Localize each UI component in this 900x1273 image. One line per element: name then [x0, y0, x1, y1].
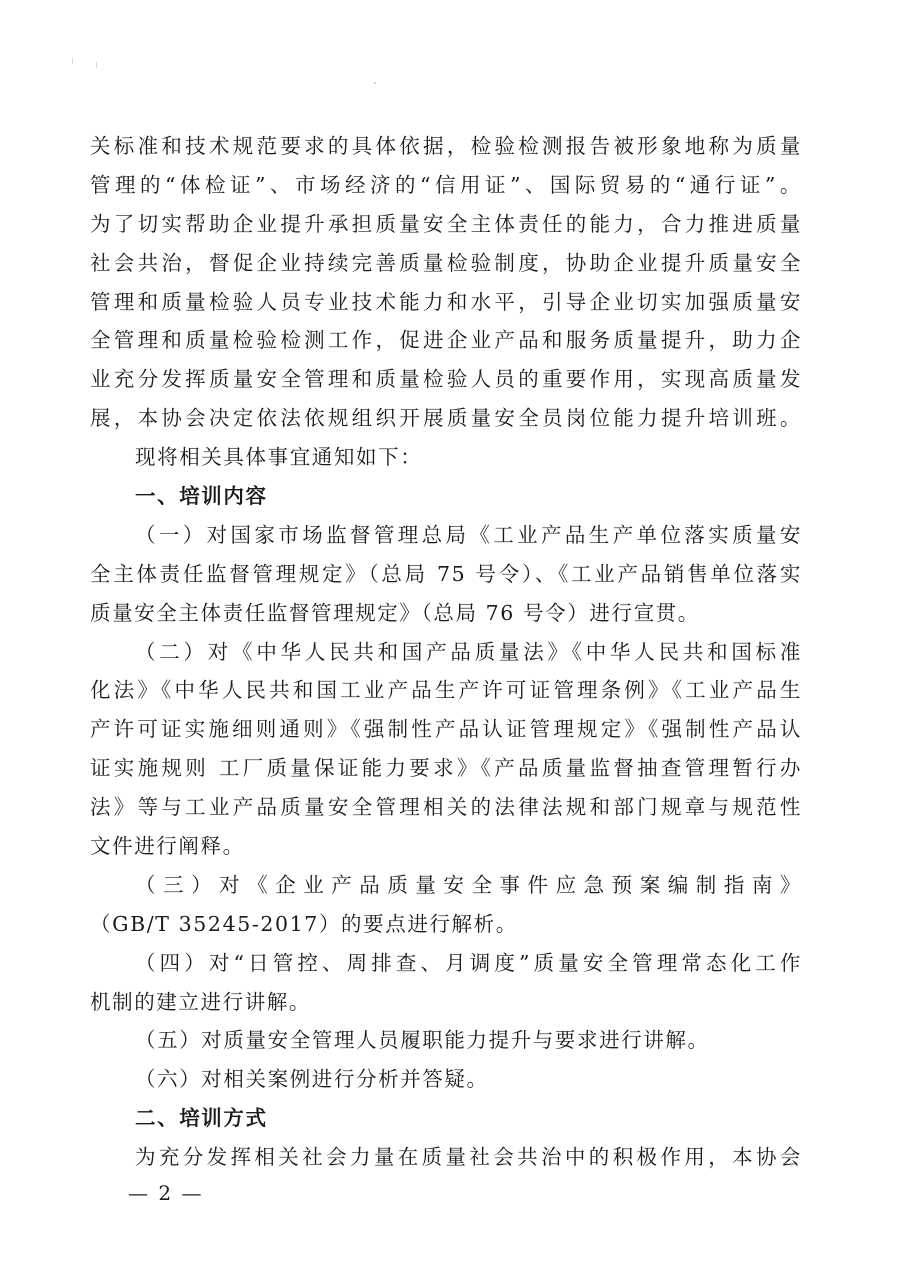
- document-page: 关标准和技术规范要求的具体依据，检验检测报告被形象地称为质量 管理的“体检证”、…: [0, 0, 900, 1273]
- scan-speck: [72, 58, 73, 64]
- list-item-line: （五）对质量安全管理人员履职能力提升与要求进行讲解。: [90, 1021, 802, 1060]
- list-item-line: 机制的建立进行讲解。: [90, 983, 802, 1022]
- body-line: 展，本协会决定依法依规组织开展质量安全员岗位能力提升培训班。: [90, 399, 802, 438]
- list-item-line: （四）对“日管控、周排查、月调度”质量安全管理常态化工作: [90, 944, 802, 983]
- list-item-line: 质量安全主体责任监督管理规定》（总局 76 号令）进行宣贯。: [90, 594, 802, 633]
- body-line: 关标准和技术规范要求的具体依据，检验检测报告被形象地称为质量: [90, 127, 802, 166]
- body-line: 为了切实帮助企业提升承担质量安全主体责任的能力，合力推进质量: [90, 205, 802, 244]
- list-item-line: 法》等与工业产品质量安全管理相关的法律法规和部门规章与规范性: [90, 788, 802, 827]
- body-line: 业充分发挥质量安全管理和质量检验人员的重要作用，实现高质量发: [90, 360, 802, 399]
- body-line: 管理和质量检验人员专业技术能力和水平，引导企业切实加强质量安: [90, 283, 802, 322]
- list-item-line: 证实施规则 工厂质量保证能力要求》《产品质量监督抽查管理暂行办: [90, 749, 802, 788]
- list-item-line: （一）对国家市场监督管理总局《工业产品生产单位落实质量安: [90, 516, 802, 555]
- list-item-line: 全主体责任监督管理规定》（总局 75 号令）、《工业产品销售单位落实: [90, 555, 802, 594]
- body-line: 为充分发挥相关社会力量在质量社会共治中的积极作用，本协会: [90, 1138, 802, 1177]
- list-item-line: 化法》《中华人民共和国工业产品生产许可证管理条例》《工业产品生: [90, 671, 802, 710]
- scan-speck: [374, 82, 376, 84]
- section-heading-training-content: 一、培训内容: [90, 477, 802, 516]
- list-item-line: （六）对相关案例进行分析并答疑。: [90, 1060, 802, 1099]
- section-heading-training-method: 二、培训方式: [90, 1099, 802, 1138]
- list-item-line: 文件进行阐释。: [90, 827, 802, 866]
- list-item-line: 产许可证实施细则通则》《强制性产品认证管理规定》《强制性产品认: [90, 710, 802, 749]
- body-line: 全管理和质量检验检测工作，促进企业产品和服务质量提升，助力企: [90, 321, 802, 360]
- list-item-line: （GB/T 35245-2017）的要点进行解析。: [90, 905, 802, 944]
- body-line: 现将相关具体事宜通知如下：: [90, 438, 802, 477]
- scan-speck: [96, 62, 97, 68]
- list-item-line: （三）对《企业产品质量安全事件应急预案编制指南》: [90, 866, 802, 905]
- body-line: 管理的“体检证”、市场经济的“信用证”、国际贸易的“通行证”。: [90, 166, 802, 205]
- list-item-line: （二）对《中华人民共和国产品质量法》《中华人民共和国标准: [90, 633, 802, 672]
- body-line: 社会共治，督促企业持续完善质量检验制度，协助企业提升质量安全: [90, 244, 802, 283]
- page-number: — 2 —: [128, 1180, 203, 1206]
- document-body: 关标准和技术规范要求的具体依据，检验检测报告被形象地称为质量 管理的“体检证”、…: [90, 127, 802, 1177]
